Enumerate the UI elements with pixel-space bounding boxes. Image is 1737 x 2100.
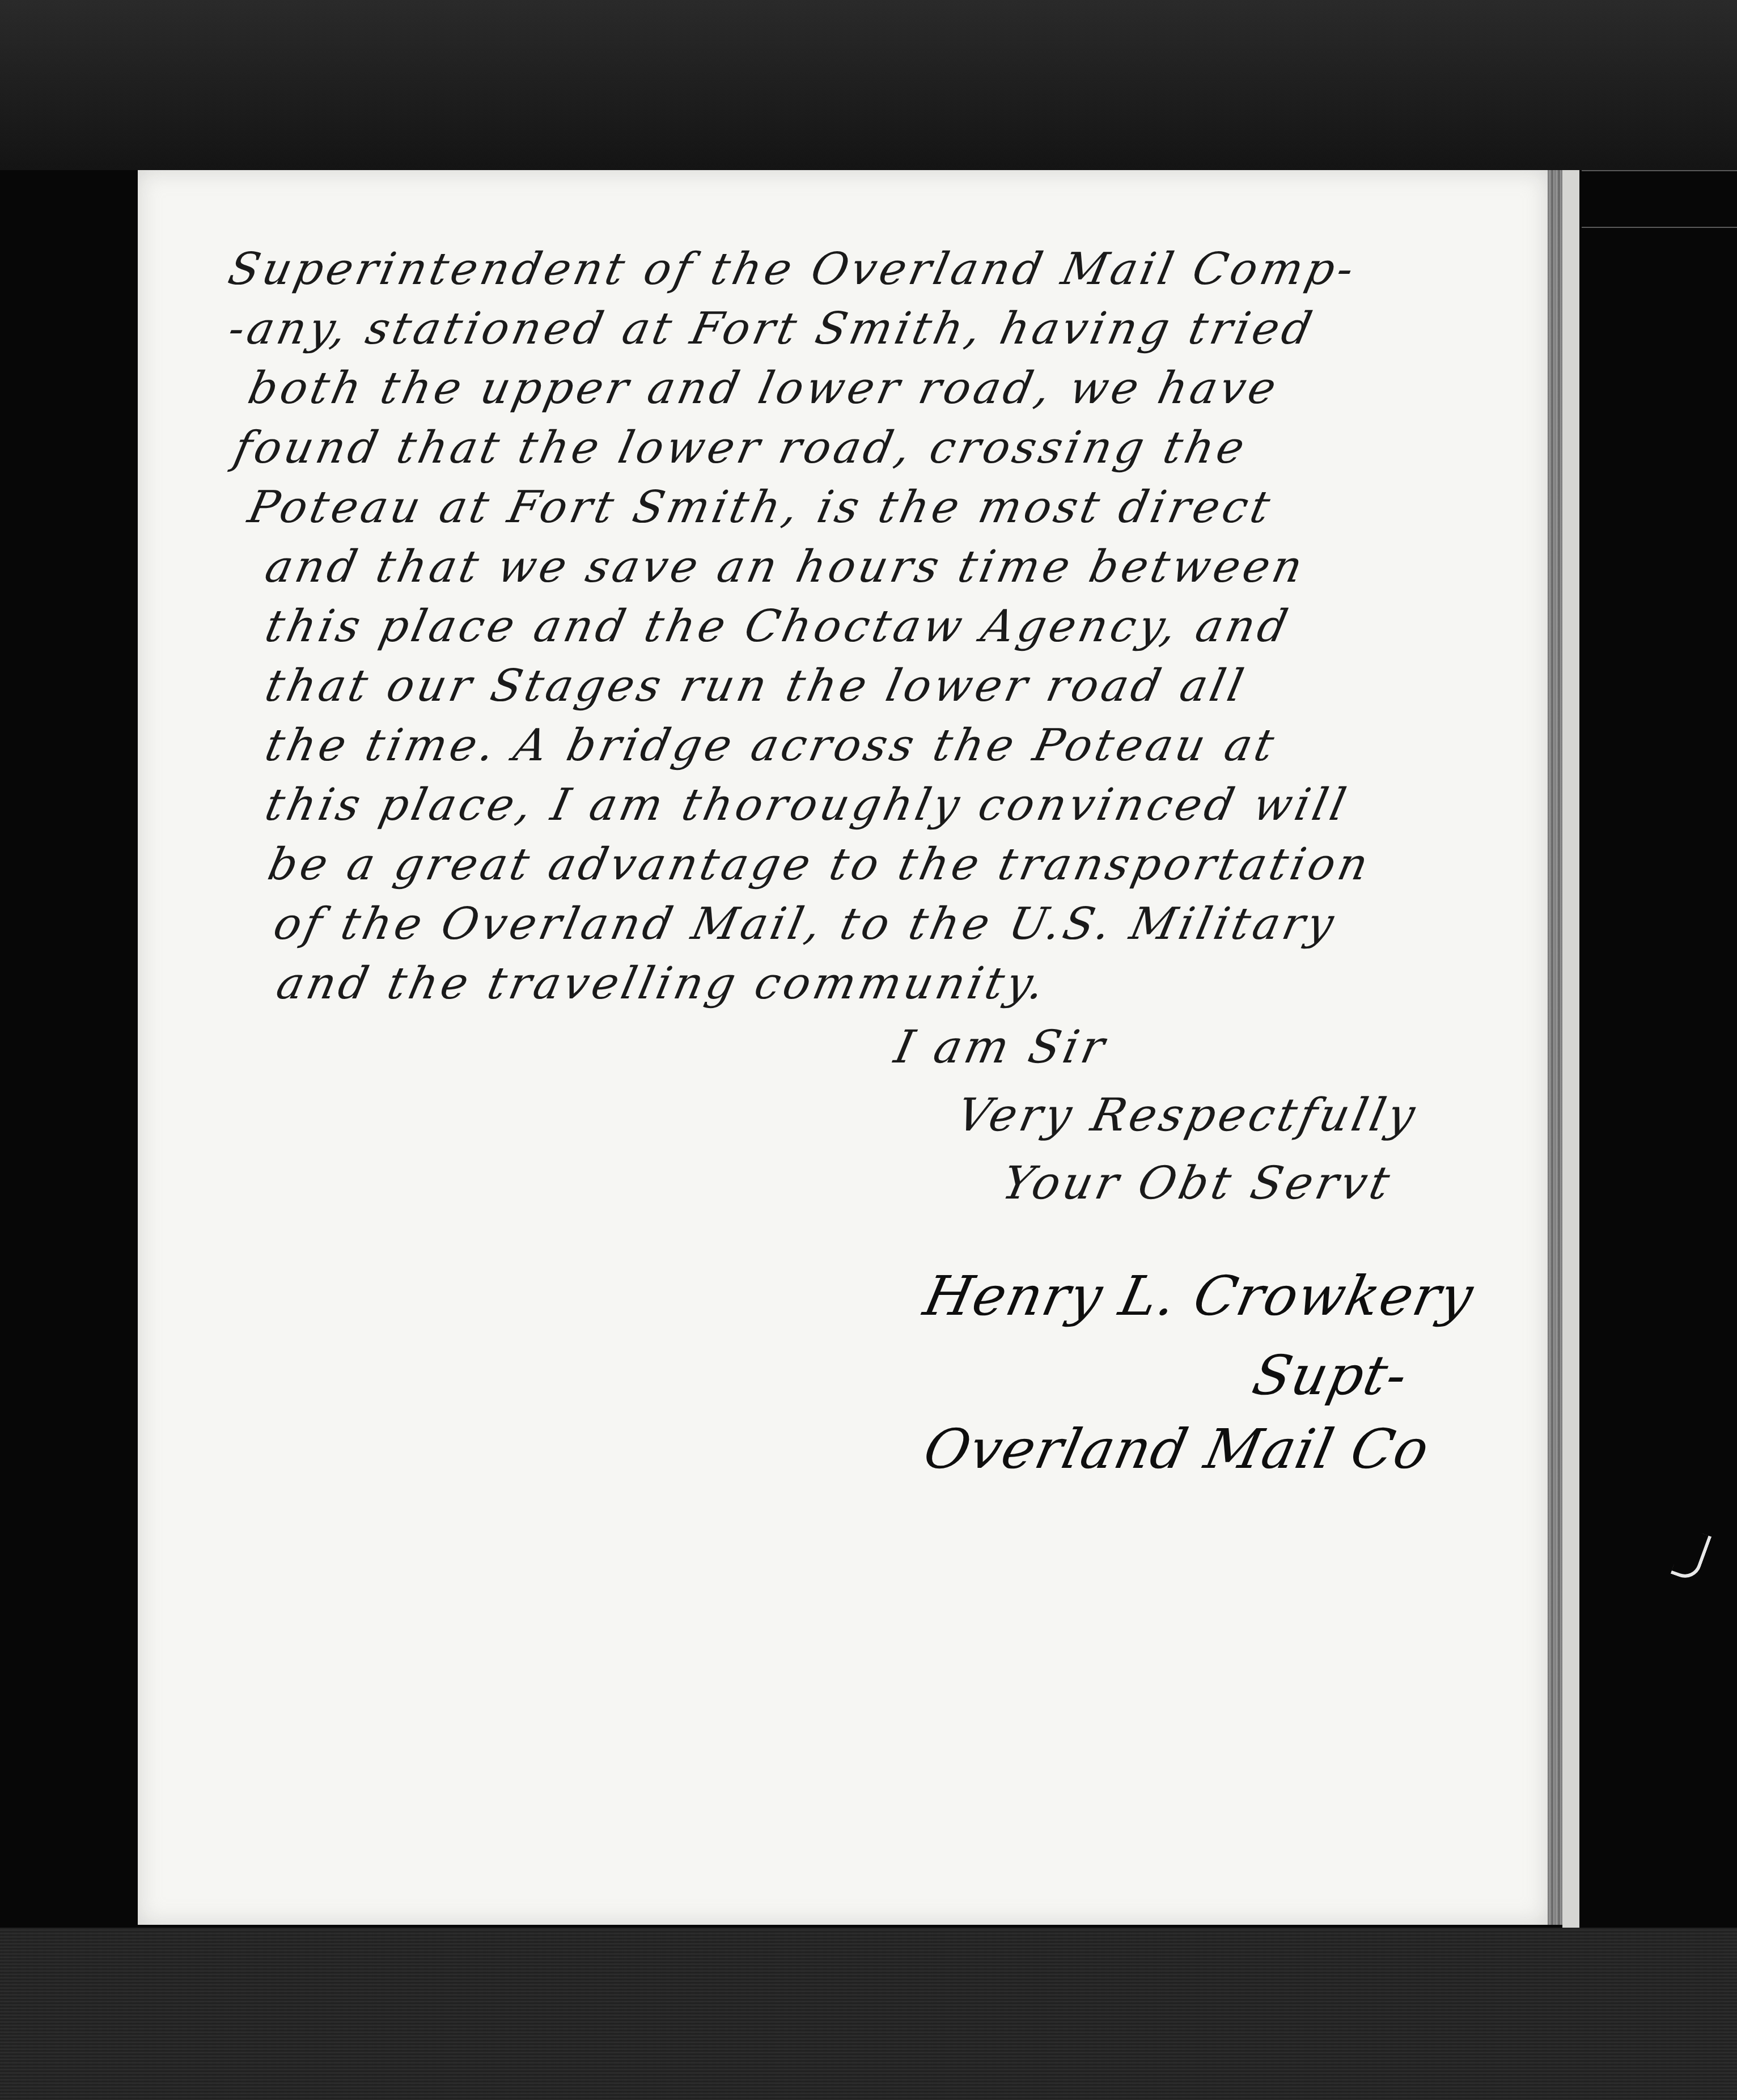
signature-name: Henry L. Crowkery — [918, 1264, 1480, 1328]
page-binding-strip — [1548, 170, 1562, 1925]
body-line: both the upper and lower road, we have — [244, 363, 1284, 414]
background-fold-line — [1582, 170, 1737, 171]
body-line: be a great advantage to the transportati… — [264, 839, 1376, 890]
body-line: and that we save an hours time between — [261, 541, 1310, 592]
body-line: and the travelling community. — [272, 958, 1052, 1009]
closing-obedient-servant: Your Obt Servt — [998, 1157, 1397, 1209]
body-line: that our Stages run the lower road all — [261, 661, 1251, 712]
body-line: found that the lower road, crossing the — [230, 422, 1252, 473]
page-stack-edge — [1562, 170, 1579, 1928]
signature-organization: Overland Mail Co — [918, 1417, 1435, 1481]
scanner-background-bottom — [0, 1928, 1737, 2100]
body-line: Superintendent of the Overland Mail Comp… — [224, 244, 1362, 295]
body-line: the time. A bridge across the Poteau at — [261, 720, 1282, 771]
body-line: Poteau at Fort Smith, is the most direct — [244, 482, 1278, 533]
body-line: this place and the Choctaw Agency, and — [261, 601, 1295, 652]
closing-respectfully: Very Respectfully — [952, 1089, 1423, 1141]
body-line: -any, stationed at Fort Smith, having tr… — [224, 303, 1320, 354]
background-fold-line — [1582, 227, 1737, 228]
body-line: this place, I am thoroughly convinced wi… — [261, 780, 1353, 831]
scanner-background-top — [0, 0, 1737, 170]
signature-title: Supt- — [1247, 1344, 1414, 1407]
body-line: of the Overland Mail, to the U.S. Milita… — [269, 899, 1341, 950]
closing-salutation: I am Sir — [890, 1021, 1112, 1073]
scan-artifact-mark — [1671, 1528, 1712, 1583]
